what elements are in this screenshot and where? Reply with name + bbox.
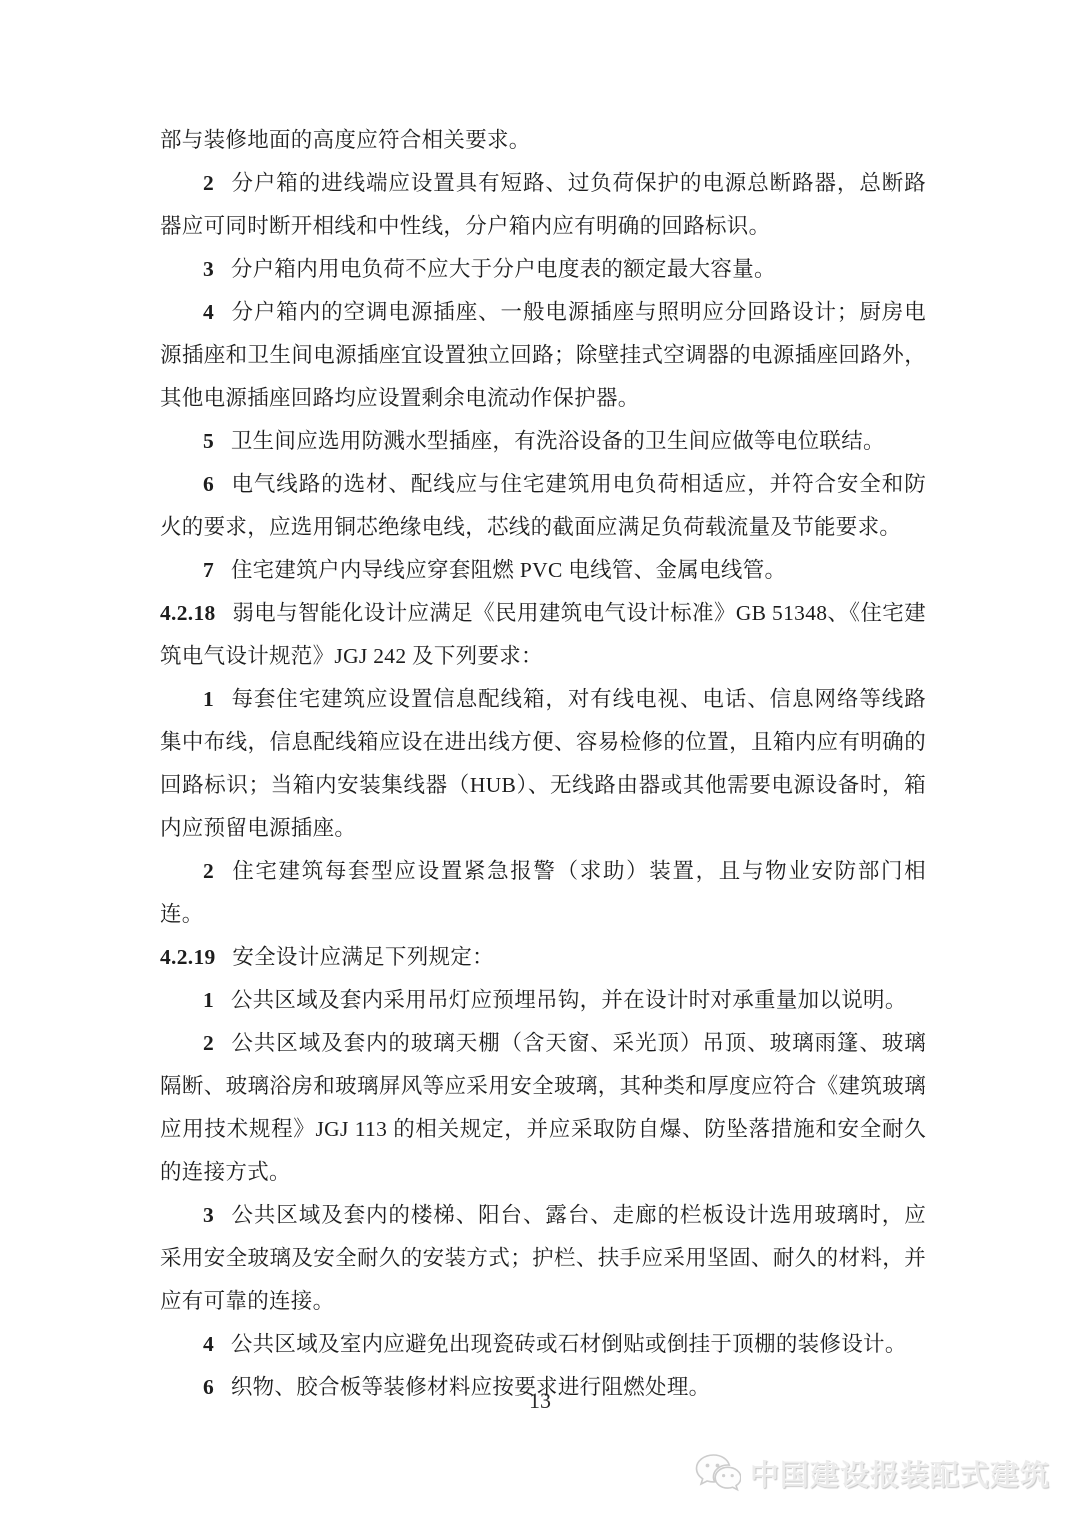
clause-item: 4公共区域及室内应避免出现瓷砖或石材倒贴或倒挂于顶棚的装修设计。 <box>160 1323 926 1366</box>
item-text: 每套住宅建筑应设置信息配线箱，对有线电视、电话、信息网络等线路集中布线，信息配线… <box>160 687 926 840</box>
item-text: 公共区域及室内应避免出现瓷砖或石材倒贴或倒挂于顶棚的装修设计。 <box>231 1332 907 1356</box>
item-text: 分户箱内用电负荷不应大于分户电度表的额定最大容量。 <box>231 257 776 281</box>
wechat-icon <box>695 1452 741 1494</box>
item-text: 卫生间应选用防溅水型插座，有洗浴设备的卫生间应做等电位联结。 <box>231 429 885 453</box>
item-number: 4 <box>203 300 214 324</box>
item-text: 住宅建筑户内导线应穿套阻燃 PVC 电线管、金属电线管。 <box>231 558 786 582</box>
item-text: 公共区域及套内的玻璃天棚（含天窗、采光顶）吊顶、玻璃雨篷、玻璃隔断、玻璃浴房和玻… <box>160 1031 926 1184</box>
item-text: 公共区域及套内的楼梯、阳台、露台、走廊的栏板设计选用玻璃时，应采用安全玻璃及安全… <box>160 1203 926 1313</box>
item-number: 2 <box>203 859 214 883</box>
item-number: 4 <box>203 1332 214 1356</box>
item-number: 5 <box>203 429 214 453</box>
item-text: 分户箱内的空调电源插座、一般电源插座与照明应分回路设计；厨房电源插座和卫生间电源… <box>160 300 926 410</box>
clause-item: 7住宅建筑户内导线应穿套阻燃 PVC 电线管、金属电线管。 <box>160 549 926 592</box>
item-number: 3 <box>203 257 214 281</box>
clause-item: 2公共区域及套内的玻璃天棚（含天窗、采光顶）吊顶、玻璃雨篷、玻璃隔断、玻璃浴房和… <box>160 1022 926 1194</box>
document-body: 部与装修地面的高度应符合相关要求。 2分户箱的进线端应设置具有短路、过负荷保护的… <box>160 119 926 1409</box>
clause-item: 2住宅建筑每套型应设置紧急报警（求助）装置，且与物业安防部门相连。 <box>160 850 926 936</box>
document-page: 部与装修地面的高度应符合相关要求。 2分户箱的进线端应设置具有短路、过负荷保护的… <box>0 0 1080 1527</box>
clause-item: 3公共区域及套内的楼梯、阳台、露台、走廊的栏板设计选用玻璃时，应采用安全玻璃及安… <box>160 1194 926 1323</box>
section-heading-4-2-18: 4.2.18弱电与智能化设计应满足《民用建筑电气设计标准》GB 51348、《住… <box>160 592 926 678</box>
item-text: 电气线路的选材、配线应与住宅建筑用电负荷相适应，并符合安全和防火的要求，应选用铜… <box>160 472 926 539</box>
clause-item: 2分户箱的进线端应设置具有短路、过负荷保护的电源总断路器，总断路器应可同时断开相… <box>160 162 926 248</box>
item-text: 住宅建筑每套型应设置紧急报警（求助）装置，且与物业安防部门相连。 <box>160 859 926 926</box>
paragraph-text: 部与装修地面的高度应符合相关要求。 <box>160 128 531 152</box>
clause-item: 3分户箱内用电负荷不应大于分户电度表的额定最大容量。 <box>160 248 926 291</box>
item-number: 2 <box>203 171 214 195</box>
section-text: 安全设计应满足下列规定： <box>232 945 494 969</box>
paragraph-continuation: 部与装修地面的高度应符合相关要求。 <box>160 119 926 162</box>
section-number: 4.2.18 <box>160 601 216 625</box>
clause-item: 1每套住宅建筑应设置信息配线箱，对有线电视、电话、信息网络等线路集中布线，信息配… <box>160 678 926 850</box>
clause-item: 1公共区域及套内采用吊灯应预埋吊钩，并在设计时对承重量加以说明。 <box>160 979 926 1022</box>
item-number: 1 <box>203 687 214 711</box>
item-number: 7 <box>203 558 214 582</box>
item-text: 公共区域及套内采用吊灯应预埋吊钩，并在设计时对承重量加以说明。 <box>231 988 907 1012</box>
section-number: 4.2.19 <box>160 945 216 969</box>
section-heading-4-2-19: 4.2.19安全设计应满足下列规定： <box>160 936 926 979</box>
watermark: 中国建设报装配式建筑 <box>695 1452 1050 1494</box>
item-text: 分户箱的进线端应设置具有短路、过负荷保护的电源总断路器，总断路器应可同时断开相线… <box>160 171 926 238</box>
clause-item: 5卫生间应选用防溅水型插座，有洗浴设备的卫生间应做等电位联结。 <box>160 420 926 463</box>
item-number: 6 <box>203 472 214 496</box>
item-number: 2 <box>203 1031 214 1055</box>
item-number: 3 <box>203 1203 214 1227</box>
clause-item: 4分户箱内的空调电源插座、一般电源插座与照明应分回路设计；厨房电源插座和卫生间电… <box>160 291 926 420</box>
section-text: 弱电与智能化设计应满足《民用建筑电气设计标准》GB 51348、《住宅建筑电气设… <box>160 601 926 668</box>
item-number: 1 <box>203 988 214 1012</box>
clause-item: 6电气线路的选材、配线应与住宅建筑用电负荷相适应，并符合安全和防火的要求，应选用… <box>160 463 926 549</box>
page-number: 13 <box>0 1388 1080 1414</box>
watermark-text: 中国建设报装配式建筑 <box>750 1453 1050 1494</box>
